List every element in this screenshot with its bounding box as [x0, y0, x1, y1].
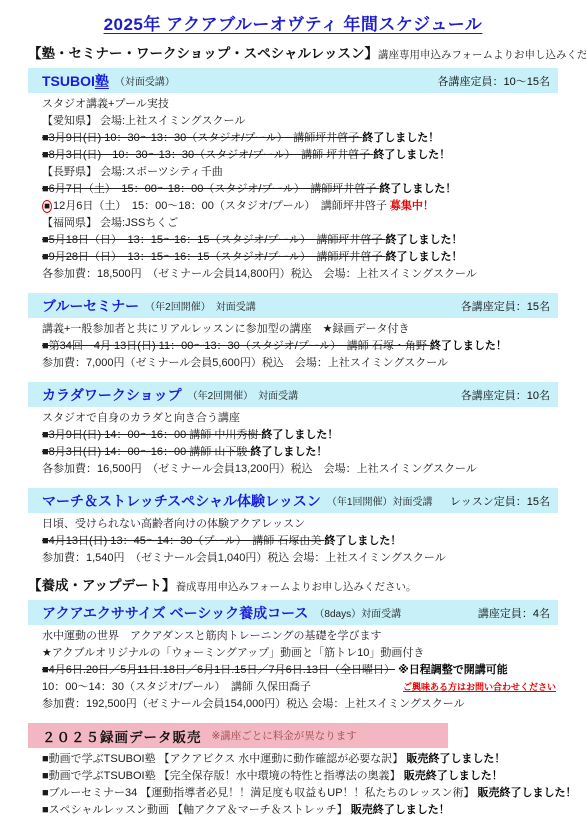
section-title: ブルーセミナー	[42, 296, 139, 316]
schedule-line: ■4月6日.20日／5月11日.18日／6月1日.15日／7月6日.13日（全日…	[42, 662, 558, 679]
strikethrough-text: ■5月18日（日） 13：15～16：15（スタジオ/プール） 講師坪井啓子	[42, 234, 386, 246]
strikethrough-text: ■4月6日.20日／5月11日.18日／6月1日.15日／7月6日.13日（全日…	[42, 664, 395, 676]
section-recorded-data-sales: ２０２５録画データ販売※講座ごとに料金が異なります■動画で学ぶTSUBOI塾 【…	[28, 723, 558, 819]
schedule-line: 【愛知県】 会場:上社スイミングスクール	[42, 113, 558, 130]
status-ended-text: ※日程調整で開講可能	[395, 664, 508, 676]
schedule-line: ■ブルーセミナー34 【運動指導者必見！！満足度も収益もUP！！私たちのレッスン…	[42, 785, 558, 802]
schedule-line: ■動画で学ぶTSUBOI塾 【完全保存版！水中環境の特性と指導法の奥義】 販売終…	[42, 768, 558, 785]
strikethrough-text: ■6月7日（土） 15：00～18：00（スタジオ/プール） 講師坪井啓子	[42, 183, 379, 195]
schedule-line: ■6月7日（土） 15：00～18：00（スタジオ/プール） 講師坪井啓子 終了…	[42, 181, 558, 198]
schedule-line: ■5月18日（日） 13：15～16：15（スタジオ/プール） 講師坪井啓子 終…	[42, 232, 558, 249]
schedule-line: スタジオで自身のカラダと向き合う講座	[42, 410, 558, 427]
section-banner-karada-workshop: カラダワークショップ（年2回開催） 対面受講各講座定員：10名	[28, 382, 558, 407]
section-march-stretch-lesson: マーチ＆ストレッチスペシャル体験レッスン（年1回開催）対面受講レッスン定員：15…	[28, 488, 558, 567]
schedule-line: ■スペシャルレッスン動画 【軸アクア＆マーチ＆ストレッチ】 販売終了しました！	[42, 802, 558, 819]
capacity-label: 各講座定員：15名	[461, 298, 550, 314]
status-ended-text: 販売終了しました！	[406, 753, 505, 765]
status-ended-text: 終了しました！	[261, 429, 338, 441]
section-title: マーチ＆ストレッチスペシャル体験レッスン	[42, 491, 321, 511]
status-recruiting-text: 募集中！	[390, 200, 434, 212]
status-ended-text: 販売終了しました！	[404, 770, 503, 782]
text: 参加費：192,500円（ゼミナール会員154,000円）税込 会場：上社スイミ…	[42, 698, 465, 710]
section-title: TSUBOI	[42, 73, 95, 89]
text: 講義+一般参加者と共にリアルレッスンに参加型の講座 ★録画データ付き	[42, 323, 409, 335]
capacity-label: 各講座定員：10名	[461, 387, 550, 403]
status-ended-text: 終了しました！	[362, 132, 439, 144]
text: 12月6日（土） 15：00～18：00（スタジオ/プール） 講師坪井啓子	[53, 200, 390, 212]
text: 水中運動の世界 アクアダンスと筋肉トレーニングの基礎を学びます	[42, 630, 381, 642]
training-heading-rest: 養成専用申込みフォームよりお申し込みください。	[176, 581, 417, 593]
strikethrough-text: ■3月9日(日) 10：30～13：30（スタジオ/プール） 講師坪井啓子	[42, 132, 362, 144]
section-content: スタジオ講義+プール実技【愛知県】 会場:上社スイミングスクール■3月9日(日)…	[42, 96, 558, 283]
schedule-line: 日頃、受けられない高齢者向けの体験アクアレッスン	[42, 516, 558, 533]
section-content: 日頃、受けられない高齢者向けの体験アクアレッスン■4月13日(日) 13：45～…	[42, 516, 558, 567]
status-ended-text: 終了しました！	[324, 535, 401, 547]
section-banner-march-stretch-lesson: マーチ＆ストレッチスペシャル体験レッスン（年1回開催）対面受講レッスン定員：15…	[28, 488, 558, 513]
status-ended-text: 販売終了しました！	[478, 787, 577, 799]
strikethrough-text: ■9月28日（日） 13：15～16：15（スタジオ/プール） 講師坪井啓子	[42, 251, 386, 263]
section-note: ※講座ごとに料金が異なります	[212, 728, 357, 743]
schedule-line: 参加費：7,000円（ゼミナール会員5,600円）税込 会場：上社スイミングスク…	[42, 355, 558, 372]
capacity-label: レッスン定員：15名	[450, 493, 550, 509]
schedule-line: 参加費：1,540円 （ゼミナール会員1,040円）税込 会場：上社スイミングス…	[42, 550, 558, 567]
section-title: カラダワークショップ	[42, 385, 182, 405]
status-ended-text: 終了しました！	[386, 251, 463, 263]
schedule-line: ご興味ある方はお問い合わせください10：00～14：30（スタジオ/プール） 講…	[42, 679, 558, 696]
section-aqua-exercise-basic: 【養成・アップデート】養成専用申込みフォームよりお申し込みください。アクアエクサ…	[28, 577, 558, 713]
training-heading-bold: 【養成・アップデート】	[28, 578, 176, 593]
section-content: 講義+一般参加者と共にリアルレッスンに参加型の講座 ★録画データ付き■第34回 …	[42, 321, 558, 372]
schedule-line: ■第34回 4月 13日(日) 11：00～13：30（スタジオ/プール） 講師…	[42, 338, 558, 355]
schedule-line: 各参加費：18,500円 （ゼミナール会員14,800円）税込 会場：上社スイミ…	[42, 266, 558, 283]
schedule-line: ■3月9日(日) 10：30～13：30（スタジオ/プール） 講師坪井啓子 終了…	[42, 130, 558, 147]
schedule-document: 2025年 アクアブルーオヴティ 年間スケジュール 【塾・セミナー・ワークショッ…	[0, 0, 586, 830]
text: ■動画で学ぶTSUBOI塾 【アクアビクス 水中運動に動作確認が必要な訳】	[42, 753, 406, 765]
text: 参加費：7,000円（ゼミナール会員5,600円）税込 会場：上社スイミングスク…	[42, 357, 448, 369]
text: スタジオ講義+プール実技	[42, 98, 169, 110]
text: ★アクブルオリジナルの「ウォーミングアップ」動画と「筋トレ10」動画付き	[42, 647, 424, 659]
status-ended-text: 終了しました！	[379, 183, 456, 195]
text: 参加費：1,540円 （ゼミナール会員1,040円）税込 会場：上社スイミングス…	[42, 552, 446, 564]
section-content: スタジオで自身のカラダと向き合う講座■3月9日(日) 14：00～16：00 講…	[42, 410, 558, 478]
intro-heading: 【塾・セミナー・ワークショップ・スペシャルレッスン】講座専用申込みフォームよりお…	[28, 45, 558, 64]
section-blue-seminar: ブルーセミナー（年2回開催） 対面受講各講座定員：15名講義+一般参加者と共にリ…	[28, 293, 558, 372]
sections-container: TSUBOI塾（対面受講）各講座定員：10～15名スタジオ講義+プール実技【愛知…	[28, 68, 558, 819]
training-heading: 【養成・アップデート】養成専用申込みフォームよりお申し込みください。	[28, 577, 558, 596]
schedule-line: ■12月6日（土） 15：00～18：00（スタジオ/プール） 講師坪井啓子 募…	[42, 198, 558, 215]
section-banner-blue-seminar: ブルーセミナー（年2回開催） 対面受講各講座定員：15名	[28, 293, 558, 318]
schedule-line: ■4月13日(日) 13：45～14：30（プール） 講師 石塚由美 終了しまし…	[42, 533, 558, 550]
section-title-underlined: 塾	[95, 71, 109, 91]
text: 【愛知県】 会場:上社スイミングスクール	[42, 115, 245, 127]
capacity-label: 講座定員：4名	[478, 605, 550, 621]
capacity-label: 各講座定員：10～15名	[438, 73, 550, 89]
status-ended-text: 終了しました！	[386, 234, 463, 246]
section-note: （年2回開催） 対面受講	[145, 298, 256, 313]
section-content: 水中運動の世界 アクアダンスと筋肉トレーニングの基礎を学びます★アクブルオリジナ…	[42, 628, 558, 713]
contact-note-link: ご興味ある方はお問い合わせください	[403, 679, 556, 696]
status-ended-text: 販売終了しました！	[351, 804, 450, 816]
intro-heading-rest: 講座専用申込みフォームよりお申し込みください。	[378, 49, 586, 61]
text: 日頃、受けられない高齢者向けの体験アクアレッスン	[42, 518, 305, 530]
strikethrough-text: ■4月13日(日) 13：45～14：30（プール） 講師 石塚由美	[42, 535, 324, 547]
text: 10：00～14：30（スタジオ/プール） 講師 久保田喬子	[42, 681, 311, 693]
schedule-line: 【福岡県】 会場:JSSちくご	[42, 215, 558, 232]
status-ended-text: 終了しました！	[250, 446, 327, 458]
strikethrough-text: ■8月3日(日) 10：30～13：30（スタジオ/プール） 講師 坪井啓子	[42, 149, 373, 161]
text: 各参加費：18,500円 （ゼミナール会員14,800円）税込 会場：上社スイミ…	[42, 268, 477, 280]
schedule-line: 各参加費：16,500円 （ゼミナール会員13,200円）税込 会場：上社スイミ…	[42, 461, 558, 478]
section-banner-tsuboi-juku: TSUBOI塾（対面受講）各講座定員：10～15名	[28, 68, 558, 93]
strikethrough-text: ■3月9日(日) 14：00～16：00 講師 中川秀樹	[42, 429, 261, 441]
section-tsuboi-juku: TSUBOI塾（対面受講）各講座定員：10～15名スタジオ講義+プール実技【愛知…	[28, 68, 558, 283]
status-ended-text: 終了しました！	[373, 149, 450, 161]
section-banner-aqua-exercise-basic: アクアエクササイズ ベーシック養成コース（8days）対面受講講座定員：4名	[28, 600, 558, 625]
section-karada-workshop: カラダワークショップ（年2回開催） 対面受講各講座定員：10名スタジオで自身のカ…	[28, 382, 558, 478]
schedule-line: ■動画で学ぶTSUBOI塾 【アクアビクス 水中運動に動作確認が必要な訳】 販売…	[42, 751, 558, 768]
text: 各参加費：16,500円 （ゼミナール会員13,200円）税込 会場：上社スイミ…	[42, 463, 477, 475]
section-title: アクアエクササイズ ベーシック養成コース	[42, 603, 308, 623]
schedule-line: 講義+一般参加者と共にリアルレッスンに参加型の講座 ★録画データ付き	[42, 321, 558, 338]
strikethrough-text: ■8月3日(日) 14：00～16：00 講師 山下駿	[42, 446, 250, 458]
intro-heading-bold: 【塾・セミナー・ワークショップ・スペシャルレッスン】	[28, 46, 378, 61]
text: ■ブルーセミナー34 【運動指導者必見！！満足度も収益もUP！！私たちのレッスン…	[42, 787, 478, 799]
section-note: （対面受講）	[115, 73, 175, 88]
text: ■動画で学ぶTSUBOI塾 【完全保存版！水中環境の特性と指導法の奥義】	[42, 770, 404, 782]
status-ended-text: 終了しました！	[430, 340, 507, 352]
schedule-line: 水中運動の世界 アクアダンスと筋肉トレーニングの基礎を学びます	[42, 628, 558, 645]
schedule-line: ★アクブルオリジナルの「ウォーミングアップ」動画と「筋トレ10」動画付き	[42, 645, 558, 662]
schedule-line: 【長野県】 会場:スポーツシティ千曲	[42, 164, 558, 181]
text: 【長野県】 会場:スポーツシティ千曲	[42, 166, 223, 178]
schedule-line: ■9月28日（日） 13：15～16：15（スタジオ/プール） 講師坪井啓子 終…	[42, 249, 558, 266]
schedule-line: ■8月3日(日) 14：00～16：00 講師 山下駿 終了しました！	[42, 444, 558, 461]
section-note: （年1回開催）対面受講	[327, 493, 433, 508]
strikethrough-text: ■第34回 4月 13日(日) 11：00～13：30（スタジオ/プール） 講師…	[42, 340, 430, 352]
ringed-bullet: ■	[42, 200, 52, 213]
text: 【福岡県】 会場:JSSちくご	[42, 217, 178, 229]
section-note: （8days）対面受講	[314, 605, 401, 620]
page-title: 2025年 アクアブルーオヴティ 年間スケジュール	[28, 10, 558, 35]
schedule-line: 参加費：192,500円（ゼミナール会員154,000円）税込 会場：上社スイミ…	[42, 696, 558, 713]
text: スタジオで自身のカラダと向き合う講座	[42, 412, 240, 424]
section-content: ■動画で学ぶTSUBOI塾 【アクアビクス 水中運動に動作確認が必要な訳】 販売…	[42, 751, 558, 819]
schedule-line: スタジオ講義+プール実技	[42, 96, 558, 113]
section-note: （年2回開催） 対面受講	[188, 387, 299, 402]
schedule-line: ■3月9日(日) 14：00～16：00 講師 中川秀樹 終了しました！	[42, 427, 558, 444]
schedule-line: ■8月3日(日) 10：30～13：30（スタジオ/プール） 講師 坪井啓子 終…	[42, 147, 558, 164]
section-title: ２０２５録画データ販売	[42, 726, 202, 746]
text: ■スペシャルレッスン動画 【軸アクア＆マーチ＆ストレッチ】	[42, 804, 351, 816]
section-banner-recorded-data-sales: ２０２５録画データ販売※講座ごとに料金が異なります	[28, 723, 448, 748]
